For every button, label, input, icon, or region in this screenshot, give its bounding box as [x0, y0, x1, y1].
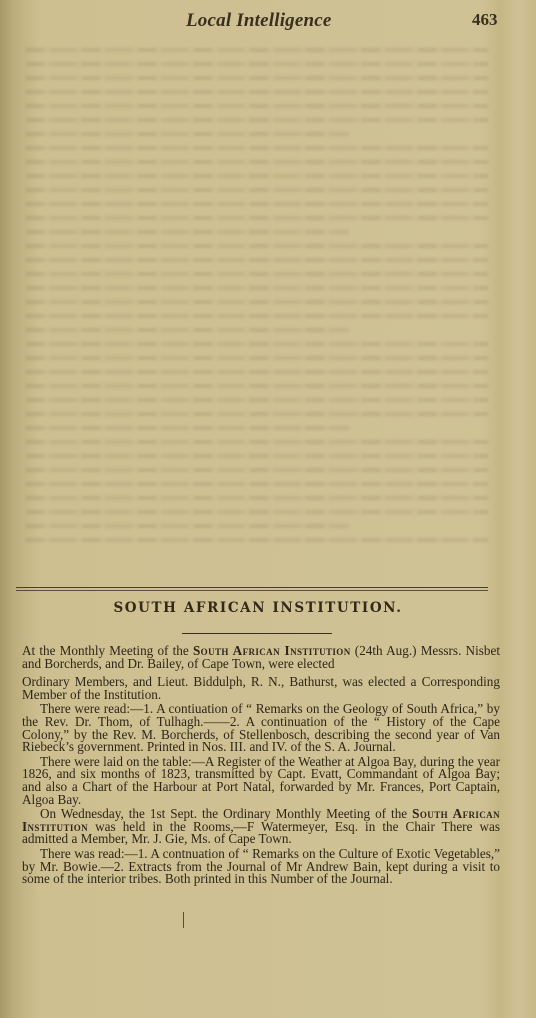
bleed-line — [26, 426, 349, 430]
bleed-line — [26, 524, 349, 528]
section-heading: SOUTH AFRICAN INSTITUTION. — [0, 600, 536, 616]
bleed-line — [26, 398, 488, 402]
bleed-line — [26, 412, 488, 416]
bleed-line — [26, 188, 488, 192]
scanned-page: Local Intelligence 463 SOUTH AFRICAN INS… — [0, 0, 536, 1018]
bleed-line — [26, 62, 488, 66]
bleed-line — [26, 286, 488, 290]
bleed-line — [26, 132, 349, 136]
bleed-line — [26, 300, 488, 304]
bleed-line — [26, 440, 488, 444]
paragraph-members: Ordinary Members, and Lieut. Biddulph, R… — [22, 676, 500, 701]
bleed-line — [26, 230, 349, 234]
bleed-line — [26, 482, 488, 486]
bleed-line — [26, 328, 349, 332]
bleed-line — [26, 496, 488, 500]
bleed-line — [26, 510, 488, 514]
bleed-line — [26, 468, 488, 472]
page-header: Local Intelligence 463 — [0, 8, 536, 36]
bleed-line — [26, 160, 488, 164]
section-divider — [16, 587, 488, 591]
heading-underline — [182, 633, 332, 634]
text-cursor — [183, 912, 184, 928]
bleed-line — [26, 258, 488, 262]
bleed-line — [26, 370, 488, 374]
bleed-line — [26, 538, 488, 542]
paragraph-readings-sept: There was read:—1. A contnuation of “ Re… — [22, 848, 500, 886]
bleed-line — [26, 146, 488, 150]
bleed-line — [26, 202, 488, 206]
bleed-through-text — [26, 48, 488, 568]
bleed-line — [26, 104, 488, 108]
running-title: Local Intelligence — [186, 10, 332, 32]
bleed-line — [26, 174, 488, 178]
bleed-line — [26, 244, 488, 248]
paragraph-meeting-sept: On Wednesday, the 1st Sept. the Ordinary… — [22, 808, 500, 846]
bleed-line — [26, 272, 488, 276]
bleed-line — [26, 384, 488, 388]
paragraph-laid-on-table: There were laid on the table:—A Register… — [22, 756, 500, 806]
bleed-line — [26, 356, 488, 360]
bleed-line — [26, 342, 488, 346]
paragraph-readings-aug: There were read:—1. A contiuation of “ R… — [22, 703, 500, 753]
article-body: At the Monthly Meeting of the South Afri… — [22, 645, 500, 888]
bleed-line — [26, 48, 488, 52]
bleed-line — [26, 76, 488, 80]
page-number: 463 — [472, 10, 498, 30]
paragraph-text: was held in the Rooms,—F Watermeyer, Esq… — [22, 819, 500, 847]
bleed-line — [26, 118, 488, 122]
bleed-line — [26, 90, 488, 94]
paragraph-meeting-aug: At the Monthly Meeting of the South Afri… — [22, 645, 500, 670]
bleed-line — [26, 314, 488, 318]
bleed-line — [26, 216, 488, 220]
bleed-line — [26, 454, 488, 458]
